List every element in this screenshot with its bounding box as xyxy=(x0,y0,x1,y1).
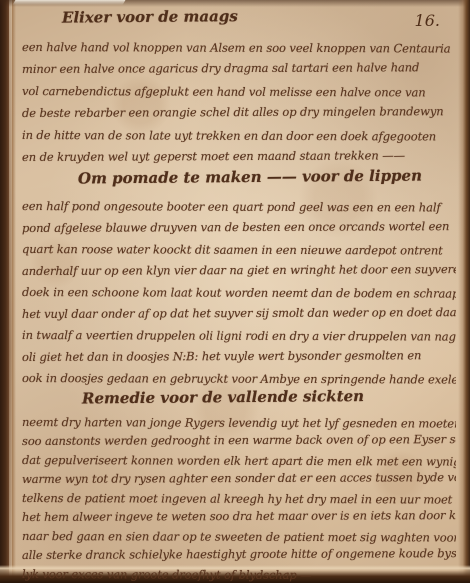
recipe-body-pomade: een half pond ongesoute booter een quart… xyxy=(22,196,456,390)
manuscript-line: pond afgelese blauwe druyven van de best… xyxy=(22,216,456,239)
manuscript-line: lyk voor exces van groote droefhyt of bl… xyxy=(22,565,456,583)
recipe-heading-remedie: Remedie voor de vallende sickten xyxy=(22,386,456,413)
manuscript-line: het vuyl daar onder af op dat het suyver… xyxy=(22,302,456,325)
recipe-heading-pomade: Om pomade te maken —— voor de lippen xyxy=(22,166,456,196)
recipe-body-elixer: een halve hand vol knoppen van Alsem en … xyxy=(22,36,456,168)
manuscript-line: warme wyn tot dry rysen aghter een sonde… xyxy=(22,468,456,489)
binding-highlight xyxy=(9,0,12,583)
manuscript-line: alle sterke dranck schielyke haestighyt … xyxy=(22,544,456,565)
manuscript-content: Elixer voor de maags een halve hand vol … xyxy=(22,5,456,583)
manuscript-line: en de kruyden wel uyt geperst moet een m… xyxy=(22,144,456,168)
manuscript-line: de beste rebarber een orangie schel dit … xyxy=(22,100,456,124)
manuscript-line: oli giet het dan in doosjes N:B: het vuy… xyxy=(22,345,456,368)
manuscript-line: het hem alweer ingeve te weten soo dra h… xyxy=(22,506,456,527)
book-binding-edge xyxy=(0,0,16,583)
recipe-body-remedie: neemt dry harten van jonge Rygers levend… xyxy=(22,413,456,583)
page-right-edge xyxy=(458,0,470,583)
manuscript-page: 16. Elixer voor de maags een halve hand … xyxy=(0,0,470,583)
recipe-heading-elixer: Elixer voor de maags xyxy=(22,1,456,36)
manuscript-line: anderhalf uur op een klyn vier daar na g… xyxy=(22,259,456,282)
manuscript-line: soo aanstonts werden gedrooght in een wa… xyxy=(22,430,456,451)
manuscript-line: minor een halve once agaricus dry dragma… xyxy=(22,56,456,80)
